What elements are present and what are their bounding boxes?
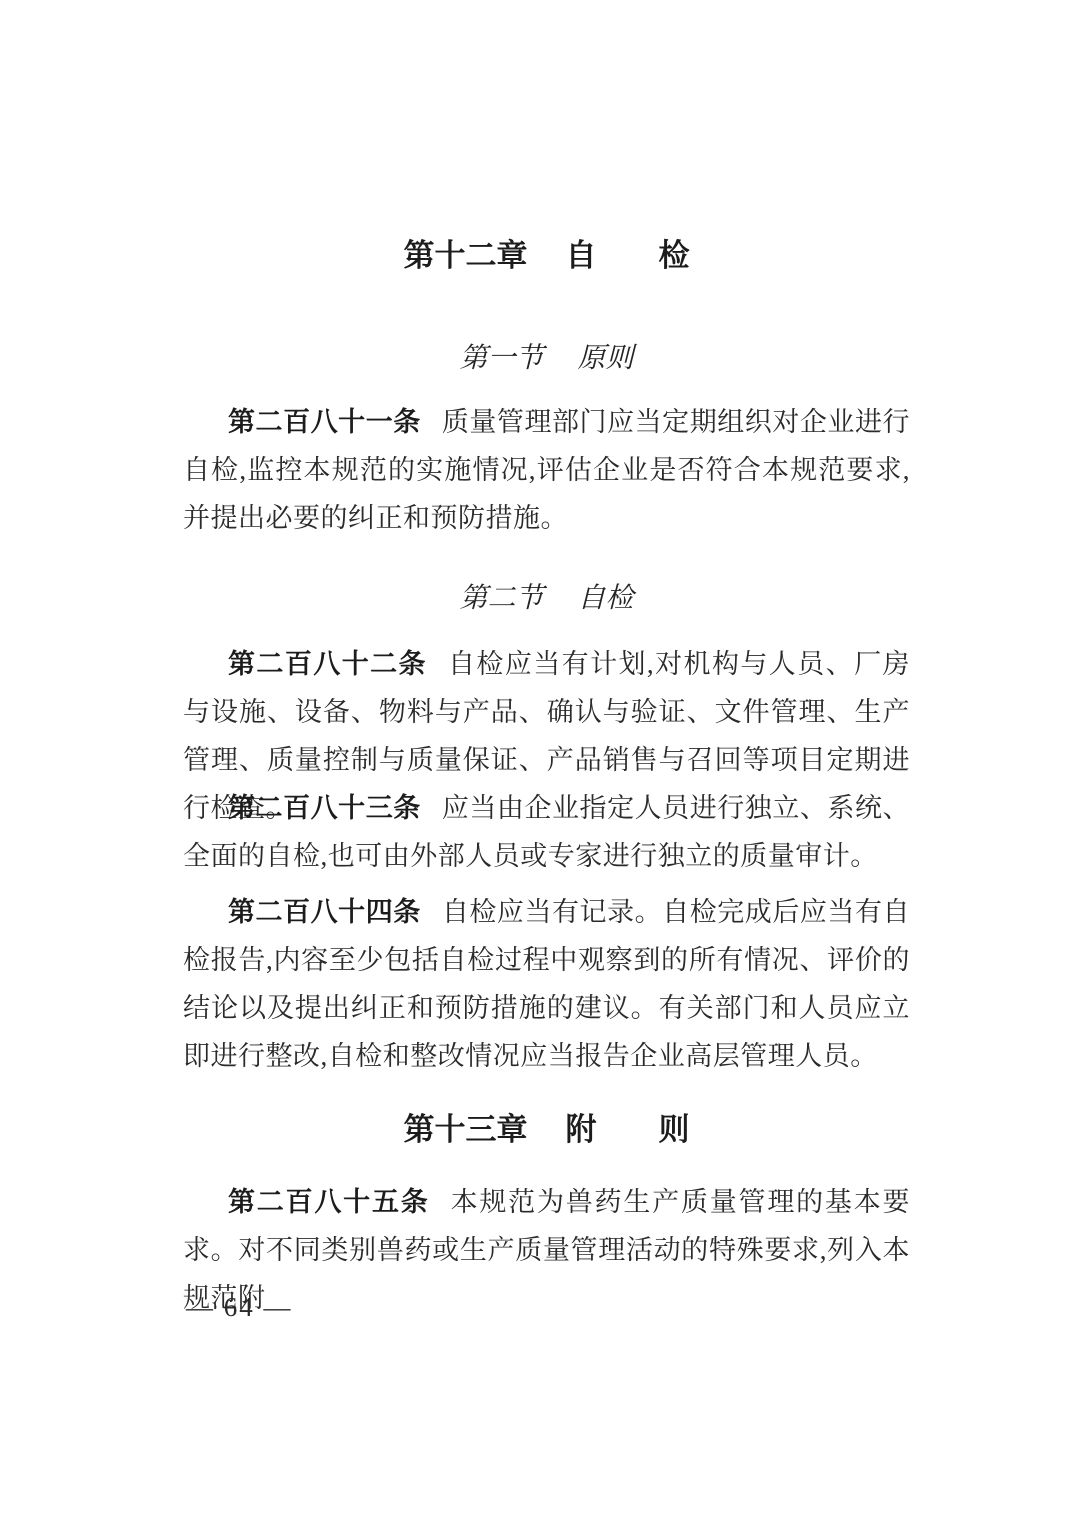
section-2-number: 第二节: [459, 583, 543, 614]
section-2-title: 自检: [578, 583, 634, 614]
article-281: 第二百八十一条质量管理部门应当定期组织对企业进行自检,监控本规范的实施情况,评估…: [183, 398, 910, 542]
chapter-12-number: 第十二章: [404, 238, 528, 273]
article-283: 第二百八十三条应当由企业指定人员进行独立、系统、全面的自检,也可由外部人员或专家…: [183, 784, 910, 880]
chapter-12-title: 自 检: [566, 238, 690, 273]
article-281-number: 第二百八十一条: [228, 407, 421, 437]
section-1-heading: 第一节原则: [183, 342, 910, 376]
page-number: — 64 —: [186, 1290, 293, 1324]
chapter-13-title: 附 则: [566, 1112, 690, 1147]
document-page: 第十二章自 检 第一节原则 第二百八十一条质量管理部门应当定期组织对企业进行自检…: [0, 0, 1080, 1529]
chapter-12-heading: 第十二章自 检: [183, 238, 910, 274]
section-2-heading: 第二节自检: [183, 582, 910, 616]
section-1-number: 第一节: [459, 343, 543, 374]
article-282-number: 第二百八十二条: [228, 649, 427, 679]
article-284: 第二百八十四条自检应当有记录。自检完成后应当有自检报告,内容至少包括自检过程中观…: [183, 888, 910, 1080]
chapter-13-number: 第十三章: [404, 1112, 528, 1147]
chapter-13-heading: 第十三章附 则: [183, 1112, 910, 1148]
article-283-number: 第二百八十三条: [228, 793, 421, 823]
article-285-number: 第二百八十五条: [228, 1187, 430, 1217]
section-1-title: 原则: [578, 343, 634, 374]
article-284-number: 第二百八十四条: [228, 897, 421, 927]
